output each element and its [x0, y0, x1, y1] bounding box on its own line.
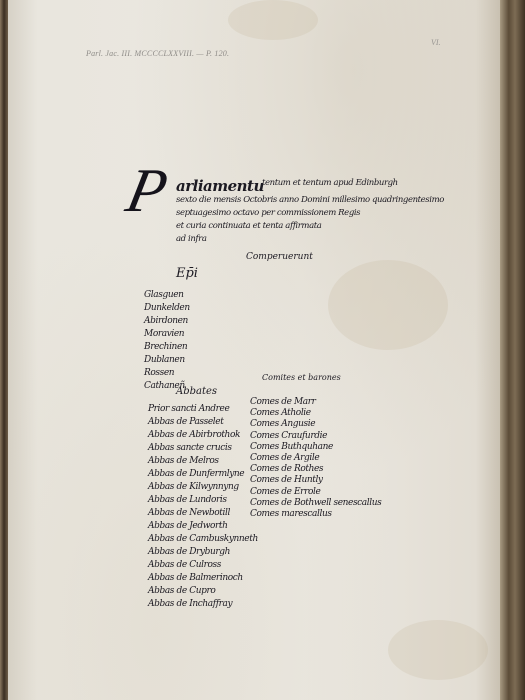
comites-heading: Comites et barones — [262, 373, 341, 382]
list-item: Abbas de Inchaffray — [148, 598, 258, 611]
list-item: Comes marescallus — [250, 509, 381, 520]
abbates-heading: Abbates — [176, 386, 217, 397]
list-item: Abbas de Balmerinoch — [148, 572, 258, 585]
list-item: Comes Buthquhane — [250, 442, 381, 453]
running-head: Parl. Jac. III. MCCCCLXXVIII. — P. 120. — [86, 49, 229, 58]
list-item: Brechinen — [144, 341, 190, 354]
title-first-word: arliamentu — [176, 177, 264, 195]
title-line-2: sexto die mensis Octobris anno Domini mi… — [176, 195, 444, 205]
list-item: Abbas de Culross — [148, 559, 258, 572]
list-item: Dublanen — [144, 354, 190, 367]
comites-list: Comes de Marr Comes Atholie Comes Angusi… — [250, 397, 381, 520]
title-line-1: tentum et tentum apud Edinburgh — [262, 178, 398, 188]
list-item: Comes Atholie — [250, 408, 381, 419]
list-item: Dunkelden — [144, 302, 190, 315]
episcopi-heading: Ep̄i — [176, 266, 198, 281]
list-item: Abbas de Newbotill — [148, 507, 258, 520]
list-item: Abbas de Melros — [148, 455, 258, 468]
title-line-4: et curia continuata et tenta affirmata — [176, 221, 321, 231]
page-stack-edge — [500, 0, 525, 700]
list-item: Comes de Marr — [250, 397, 381, 408]
list-item: Abbas sancte crucis — [148, 442, 258, 455]
list-item: Abbas de Abirbrothok — [148, 429, 258, 442]
list-item: Abbas de Dunfermlyne — [148, 468, 258, 481]
paper-stain — [328, 260, 448, 350]
comperuerunt-heading: Comperuerunt — [246, 252, 313, 262]
list-item: Prior sancti Andree — [148, 403, 258, 416]
list-item: Comes de Argile — [250, 453, 381, 464]
list-item: Comes Craufurdie — [250, 431, 381, 442]
list-item: Comes de Huntly — [250, 475, 381, 486]
title-line-3: septuagesimo octavo per commissionem Reg… — [176, 208, 360, 218]
folio-number: VI. — [431, 38, 441, 47]
episcopi-list: Glasguen Dunkelden Abirdonen Moravien Br… — [144, 289, 190, 393]
list-item: Abbas de Lundoris — [148, 494, 258, 507]
list-item: Abbas de Kilwynnyng — [148, 481, 258, 494]
paper-stain — [388, 620, 488, 680]
list-item: Comes de Errole — [250, 487, 381, 498]
list-item: Glasguen — [144, 289, 190, 302]
list-item: Comes de Bothwell senescallus — [250, 498, 381, 509]
list-item: Moravien — [144, 328, 190, 341]
list-item: Comes Angusie — [250, 419, 381, 430]
list-item: Abirdonen — [144, 315, 190, 328]
list-item: Abbas de Dryburgh — [148, 546, 258, 559]
book-spine-edge — [0, 0, 8, 700]
paper-stain — [228, 0, 318, 40]
title-line-5: ad infra — [176, 234, 206, 244]
list-item: Abbas de Passelet — [148, 416, 258, 429]
abbates-list: Prior sancti Andree Abbas de Passelet Ab… — [148, 403, 258, 611]
list-item: Rossen — [144, 367, 190, 380]
list-item: Abbas de Cupro — [148, 585, 258, 598]
list-item: Abbas de Jedworth — [148, 520, 258, 533]
list-item: Comes de Rothes — [250, 464, 381, 475]
list-item: Abbas de Cambuskynneth — [148, 533, 258, 546]
